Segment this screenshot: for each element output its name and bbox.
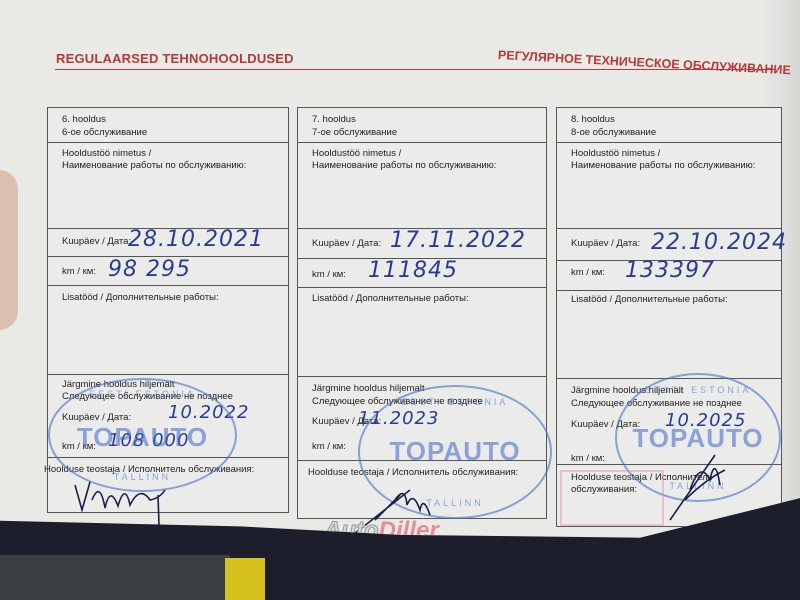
watermark-part-2: Diller — [379, 517, 439, 544]
service-title-ru: 6-ое обслуживание — [62, 127, 147, 139]
handwritten-km: 98 295 — [108, 257, 191, 282]
work-name-label: Hooldustöö nimetus / — [312, 148, 401, 160]
signature-8 — [660, 450, 740, 525]
divider — [48, 285, 288, 286]
work-name-label: Hooldustöö nimetus / — [62, 148, 151, 160]
background-yellow-object — [225, 558, 265, 600]
stamp-brand: TOPAUTO — [617, 423, 779, 454]
header-title-russian: РЕГУЛЯРНОЕ ТЕХНИЧЕСКОЕ ОБСЛУЖИВАНИЕ — [498, 48, 792, 77]
work-name-label-ru: Наименование работы по обслуживанию: — [62, 160, 246, 172]
header-title-estonian: REGULAARSED TEHNOHOOLDUSED — [56, 51, 294, 66]
divider — [557, 142, 781, 143]
work-name-label-ru: Наименование работы по обслуживанию: — [312, 160, 496, 172]
km-label: km / км: — [571, 267, 605, 279]
page-number: 18 — [6, 523, 16, 533]
next-km-label: km / км: — [312, 441, 346, 453]
date-label: Kuupäev / Дата: — [62, 236, 131, 248]
date-label: Kuupäev / Дата: — [571, 238, 640, 250]
handwritten-km: 133397 — [625, 258, 715, 283]
header-divider — [55, 69, 775, 70]
work-name-label: Hooldustöö nimetus / — [571, 148, 660, 160]
extra-work-label: Lisatööd / Дополнительные работы: — [571, 294, 728, 306]
divider — [298, 287, 546, 288]
service-title-et: 6. hooldus — [62, 114, 106, 126]
stamp-top-text: EESTI ESTONIA — [360, 397, 550, 407]
service-title-et: 8. hooldus — [571, 114, 615, 126]
faded-red-stamp — [560, 470, 664, 526]
watermark-part-1: Auto — [324, 517, 379, 544]
stamp-brand: TOPAUTO — [360, 436, 550, 467]
autodiller-watermark: AutoDiller — [324, 517, 439, 545]
service-book-page: REGULAARSED TEHNOHOOLDUSED РЕГУЛЯРНОЕ ТЕ… — [0, 0, 800, 566]
extra-work-label: Lisatööd / Дополнительные работы: — [62, 292, 219, 304]
km-label: km / км: — [312, 269, 346, 281]
signature-6 — [70, 470, 180, 560]
background-surface — [0, 555, 230, 600]
date-label: Kuupäev / Дата: — [312, 238, 381, 250]
divider — [48, 142, 288, 143]
divider — [298, 142, 546, 143]
service-title-et: 7. hooldus — [312, 114, 356, 126]
service-title-ru: 7-ое обслуживание — [312, 127, 397, 139]
stamp-top-text: EESTI ESTONIA — [617, 385, 779, 395]
handwritten-date: 17.11.2022 — [390, 228, 526, 253]
extra-work-label: Lisatööd / Дополнительные работы: — [312, 293, 469, 305]
handwritten-date: 28.10.2021 — [128, 227, 264, 252]
divider — [48, 374, 288, 375]
stamp-brand: TOPAUTO — [50, 422, 235, 453]
finger — [0, 170, 18, 330]
divider — [557, 290, 781, 291]
handwritten-date: 22.10.2024 — [651, 230, 787, 255]
background-dark-surface — [265, 560, 800, 600]
handwritten-km: 111845 — [368, 258, 458, 283]
signature-7 — [335, 480, 445, 550]
service-title-ru: 8-ое обслуживание — [571, 127, 656, 139]
divider — [298, 376, 546, 377]
divider — [557, 228, 781, 229]
km-label: km / км: — [62, 266, 96, 278]
stamp-top-text: EESTI ESTONIA — [50, 389, 235, 399]
work-name-label-ru: Наименование работы по обслуживанию: — [571, 160, 755, 172]
